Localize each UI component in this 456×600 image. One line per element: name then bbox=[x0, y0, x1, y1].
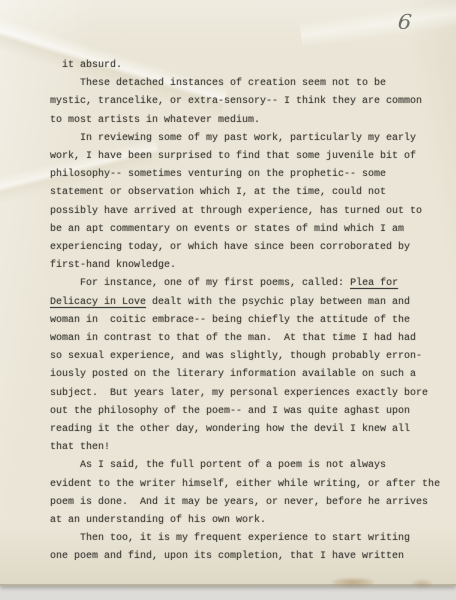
line-text: one poem and find, upon its completion, … bbox=[50, 551, 404, 562]
line-text: statement or observation which I, at the… bbox=[50, 187, 386, 198]
typescript-line: In reviewing some of my past work, parti… bbox=[50, 130, 446, 148]
page-number: 6 bbox=[397, 9, 413, 34]
typescript-line: As I said, the full portent of a poem is… bbox=[50, 457, 446, 475]
line-text: As I said, the full portent of a poem is… bbox=[50, 460, 386, 471]
typescript-line: so sexual experience, and was slightly, … bbox=[50, 348, 446, 366]
line-text: it absurd. bbox=[50, 60, 122, 71]
line-text: subject. But years later, my personal ex… bbox=[50, 388, 428, 399]
typescript-line: iously posted on the literary informatio… bbox=[50, 366, 446, 384]
typescript-line: work, I have been surprised to find that… bbox=[50, 148, 446, 166]
line-text: poem is done. And it may be years, or ne… bbox=[50, 497, 428, 508]
line-text: woman in coitic embrace-- being chiefly … bbox=[50, 315, 410, 326]
underlined-poem-title: Delicacy in Love bbox=[50, 297, 146, 308]
typescript-line: philosophy-- sometimes venturing on the … bbox=[50, 166, 446, 184]
typescript-line: Delicacy in Love dealt with the psychic … bbox=[50, 294, 446, 312]
line-text: These detached instances of creation see… bbox=[50, 78, 386, 89]
typescript-line: Then too, it is my frequent experience t… bbox=[50, 530, 446, 548]
typescript-line: evident to the writer himself, either wh… bbox=[50, 476, 446, 494]
line-text: mystic, trancelike, or extra-sensory-- I… bbox=[50, 96, 422, 107]
typescript-line: that then! bbox=[50, 439, 446, 457]
typescript-line: one poem and find, upon its completion, … bbox=[50, 548, 446, 566]
typescript-line: it absurd. bbox=[50, 57, 446, 75]
line-text: woman in contrast to that of the man. At… bbox=[50, 333, 416, 344]
line-text: dealt with the psychic play between man … bbox=[146, 297, 410, 308]
typescript-line: woman in coitic embrace-- being chiefly … bbox=[50, 312, 446, 330]
typescript-line: poem is done. And it may be years, or ne… bbox=[50, 494, 446, 512]
paper-bottom-edge bbox=[0, 584, 456, 586]
typescript-line: experiencing today, or which have since … bbox=[50, 239, 446, 257]
typescript-line: reading it the other day, wondering how … bbox=[50, 421, 446, 439]
paper-crease bbox=[297, 0, 456, 64]
line-text: Then too, it is my frequent experience t… bbox=[50, 533, 410, 544]
scan-background: 6 it absurd. These detached instances of… bbox=[0, 0, 456, 600]
line-text: iously posted on the literary informatio… bbox=[50, 369, 416, 380]
typescript-line: For instance, one of my first poems, cal… bbox=[50, 275, 446, 293]
typescript-line: woman in contrast to that of the man. At… bbox=[50, 330, 446, 348]
typescript-body: it absurd. These detached instances of c… bbox=[50, 57, 446, 567]
typescript-line: statement or observation which I, at the… bbox=[50, 184, 446, 202]
typescript-line: be an apt commentary on events or states… bbox=[50, 221, 446, 239]
line-text: that then! bbox=[50, 442, 110, 453]
typescript-line: mystic, trancelike, or extra-sensory-- I… bbox=[50, 93, 446, 111]
line-text: be an apt commentary on events or states… bbox=[50, 224, 404, 235]
typescript-line: out the philosophy of the poem-- and I w… bbox=[50, 403, 446, 421]
line-text: For instance, one of my first poems, cal… bbox=[50, 278, 350, 289]
typescript-line: possibly have arrived at through experie… bbox=[50, 203, 446, 221]
line-text: first-hand knowledge. bbox=[50, 260, 176, 271]
line-text: so sexual experience, and was slightly, … bbox=[50, 351, 422, 362]
document-page: 6 it absurd. These detached instances of… bbox=[0, 0, 456, 586]
underlined-poem-title: Plea for bbox=[350, 278, 398, 289]
typescript-line: These detached instances of creation see… bbox=[50, 75, 446, 93]
line-text: to most artists in whatever medium. bbox=[50, 115, 260, 126]
line-text: evident to the writer himself, either wh… bbox=[50, 479, 440, 490]
line-text: In reviewing some of my past work, parti… bbox=[50, 133, 416, 144]
typescript-line: subject. But years later, my personal ex… bbox=[50, 385, 446, 403]
line-text: experiencing today, or which have since … bbox=[50, 242, 410, 253]
line-text: philosophy-- sometimes venturing on the … bbox=[50, 169, 386, 180]
line-text: reading it the other day, wondering how … bbox=[50, 424, 410, 435]
line-text: out the philosophy of the poem-- and I w… bbox=[50, 406, 410, 417]
typescript-line: first-hand knowledge. bbox=[50, 257, 446, 275]
line-text: at an understanding of his own work. bbox=[50, 515, 266, 526]
typescript-line: at an understanding of his own work. bbox=[50, 512, 446, 530]
line-text: work, I have been surprised to find that… bbox=[50, 151, 416, 162]
typescript-line: to most artists in whatever medium. bbox=[50, 112, 446, 130]
line-text: possibly have arrived at through experie… bbox=[50, 206, 422, 217]
